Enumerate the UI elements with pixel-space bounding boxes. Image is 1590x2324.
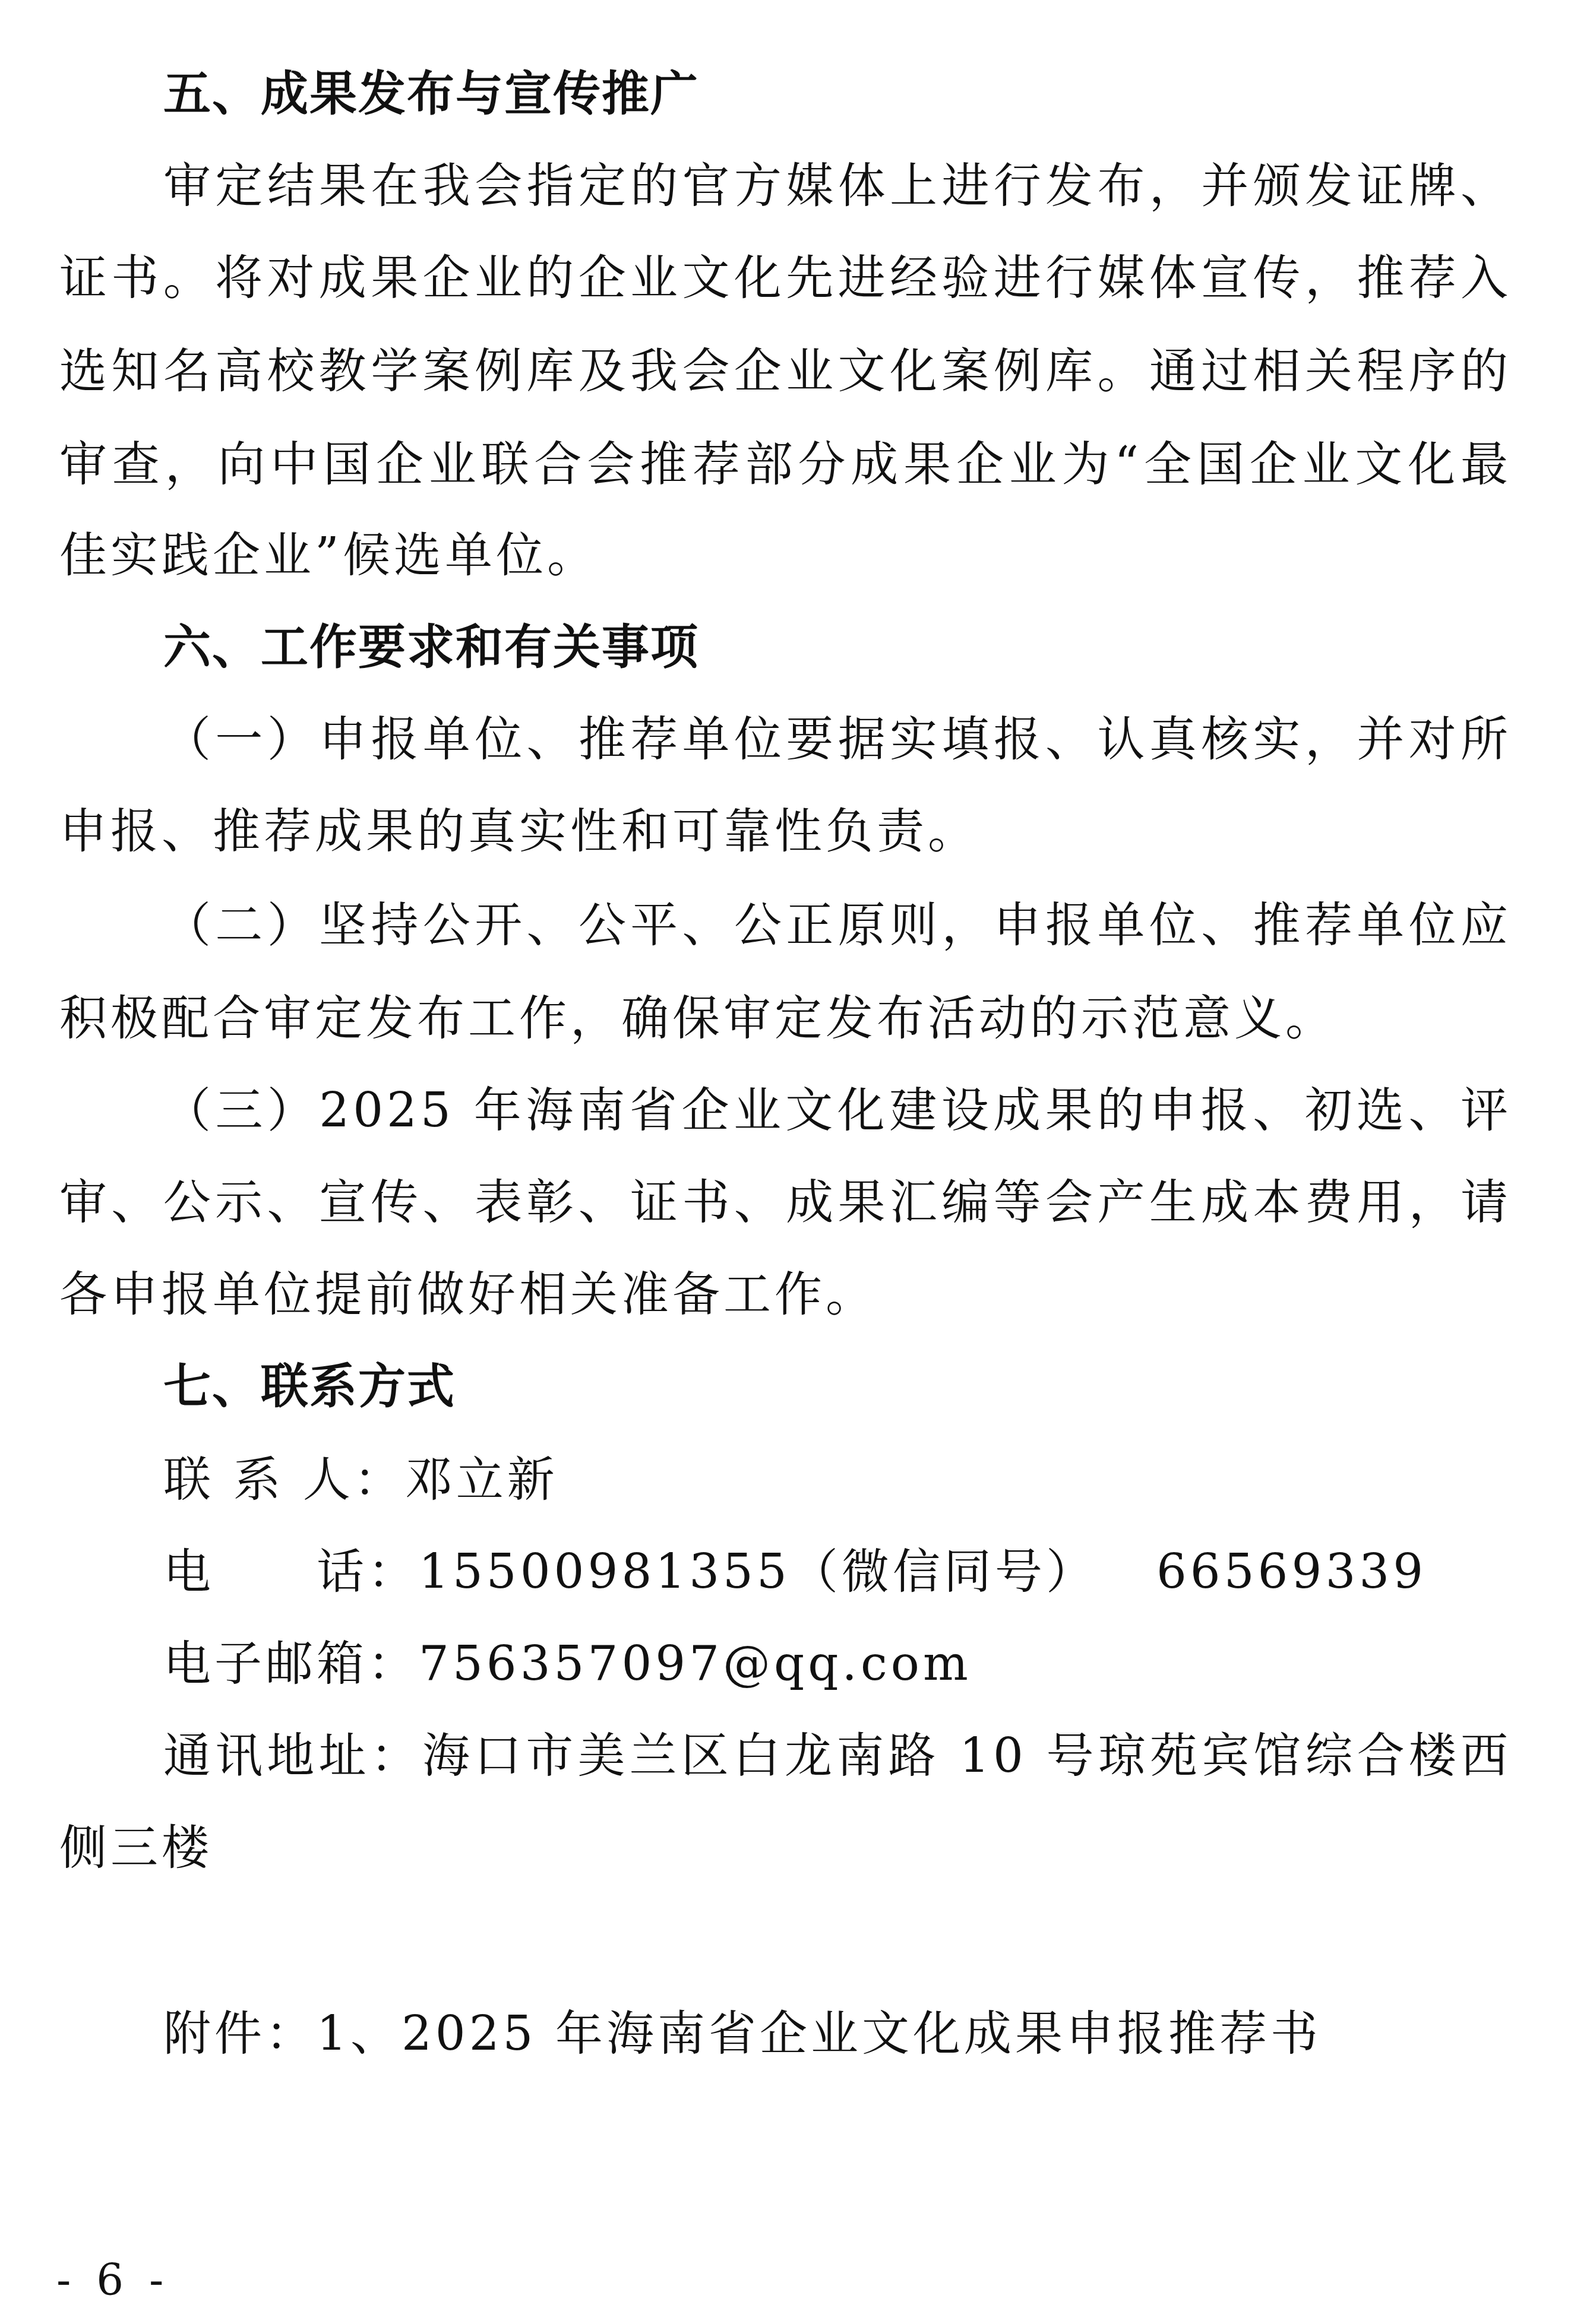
- contact-address-row: 通讯地址：海口市美兰区白龙南路 10 号琼苑宾馆综合楼西: [163, 1723, 1512, 1788]
- paragraph-line: 选知名高校教学案例库及我会企业文化案例库。通过相关程序的: [59, 338, 1512, 404]
- paragraph-line: 证书。将对成果企业的企业文化先进经验进行媒体宣传，推荐入: [59, 245, 1512, 311]
- contact-person-row: 联 系 人：邓立新: [163, 1447, 1512, 1512]
- page-number: - 6 -: [56, 2250, 169, 2310]
- paragraph-line: 审查，向中国企业联合会推荐部分成果企业为“全国企业文化最: [59, 432, 1512, 497]
- contact-person-label: 联 系 人：: [163, 1452, 405, 1507]
- contact-email-label: 电子邮箱：: [163, 1636, 419, 1691]
- paragraph-line: （一）申报单位、推荐单位要据实填报、认真核实，并对所: [163, 707, 1512, 772]
- paragraph-line: 各申报单位提前做好相关准备工作。: [59, 1262, 1512, 1327]
- contact-address-value: 海口市美兰区白龙南路 10 号琼苑宾馆综合楼西: [422, 1728, 1512, 1783]
- contact-phone-landline: 66569339: [1156, 1544, 1427, 1599]
- paragraph-line: （三）2025 年海南省企业文化建设成果的申报、初选、评: [163, 1078, 1512, 1143]
- contact-email-value[interactable]: 756357097@qq.com: [419, 1636, 972, 1691]
- attachment-row: 附件：1、2025 年海南省企业文化成果申报推荐书: [163, 2001, 1512, 2066]
- paragraph-line: 佳实践企业”候选单位。: [59, 523, 1512, 588]
- contact-phone-mobile: 15500981355（微信同号）: [419, 1544, 1097, 1599]
- paragraph-line: 申报、推荐成果的真实性和可靠性负责。: [59, 799, 1512, 864]
- paragraph-line: 积极配合审定发布工作，确保审定发布活动的示范意义。: [59, 986, 1512, 1051]
- contact-phone-row: 电 话：15500981355（微信同号）66569339: [163, 1539, 1512, 1604]
- paragraph-line: 审、公示、宣传、表彰、证书、成果汇编等会产生成本费用，请: [59, 1170, 1512, 1235]
- contact-address-label: 通讯地址：: [163, 1728, 422, 1783]
- paragraph-line: 审定结果在我会指定的官方媒体上进行发布，并颁发证牌、: [163, 153, 1512, 219]
- contact-phone-label: 电 话：: [163, 1544, 419, 1599]
- attachment-label: 附件：: [163, 2006, 317, 2061]
- section-heading-5: 五、成果发布与宣传推广: [163, 61, 1512, 126]
- paragraph-line: （二）坚持公开、公平、公正原则，申报单位、推荐单位应: [163, 892, 1512, 958]
- contact-email-row: 电子邮箱：756357097@qq.com: [163, 1631, 1512, 1696]
- attachment-item[interactable]: 1、2025 年海南省企业文化成果申报推荐书: [317, 2006, 1322, 2061]
- contact-address-continued: 侧三楼: [59, 1815, 1512, 1880]
- document-page: 五、成果发布与宣传推广 审定结果在我会指定的官方媒体上进行发布，并颁发证牌、 证…: [0, 0, 1590, 2324]
- section-heading-6: 六、工作要求和有关事项: [163, 615, 1512, 680]
- section-heading-7: 七、联系方式: [163, 1354, 1512, 1419]
- contact-person-value: 邓立新: [405, 1452, 558, 1507]
